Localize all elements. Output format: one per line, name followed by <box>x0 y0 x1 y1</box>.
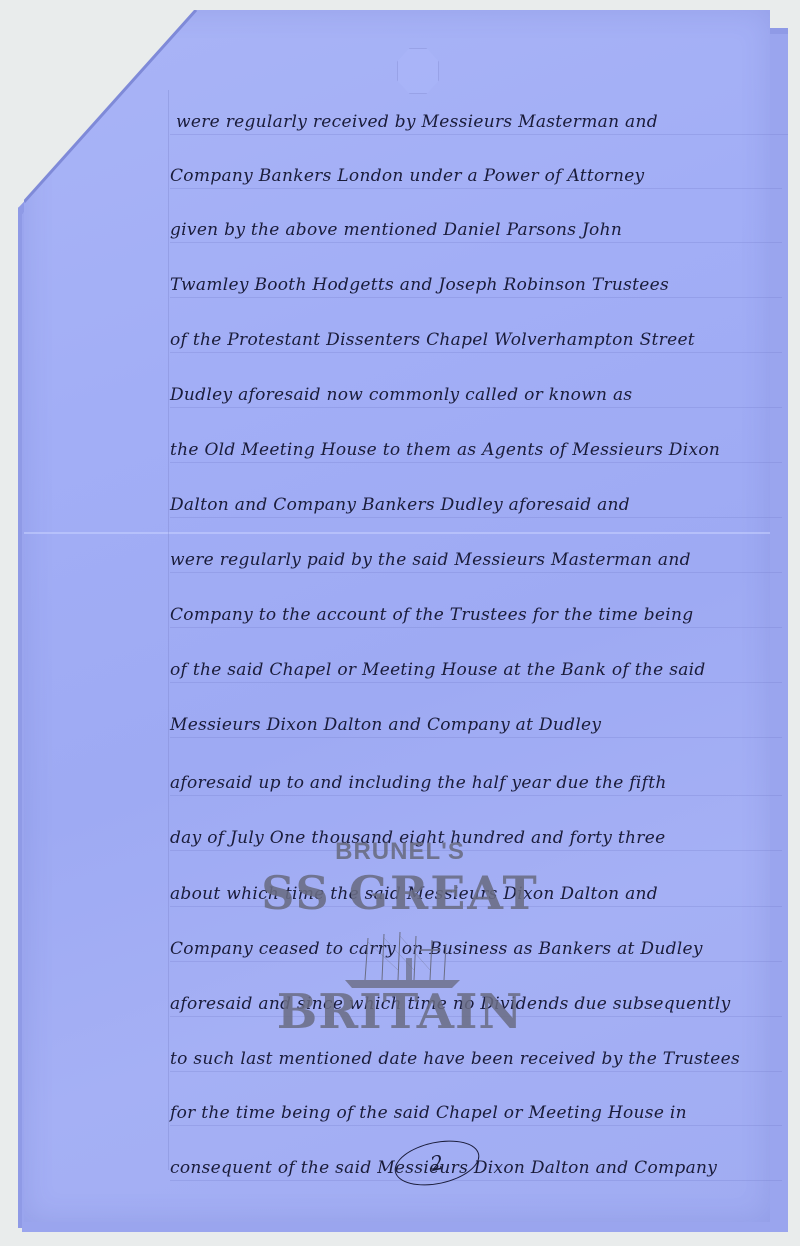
text-line: of the Protestant Dissenters Chapel Wolv… <box>170 330 782 353</box>
text-line: the Old Meeting House to them as Agents … <box>170 440 782 463</box>
text-line: Dudley aforesaid now commonly called or … <box>170 385 782 408</box>
text-line: Twamley Booth Hodgetts and Joseph Robins… <box>170 275 782 298</box>
text-line: were regularly paid by the said Messieur… <box>170 550 782 573</box>
text-line: Messieurs Dixon Dalton and Company at Du… <box>170 715 782 738</box>
text-line: Dalton and Company Bankers Dudley afores… <box>170 495 782 518</box>
text-line: to such last mentioned date have been re… <box>170 1049 782 1072</box>
text-line: aforesaid and since which time no Divide… <box>170 994 782 1017</box>
text-line: aforesaid up to and including the half y… <box>170 773 782 796</box>
text-line: were regularly received by Messieurs Mas… <box>170 112 788 135</box>
text-line: for the time being of the said Chapel or… <box>170 1103 782 1126</box>
text-line: about which time the said Messieurs Dixo… <box>170 884 782 907</box>
text-line: Company to the account of the Trustees f… <box>170 605 782 628</box>
text-line: Company ceased to carry on Business as B… <box>170 939 782 962</box>
margin-rule <box>168 90 169 1170</box>
text-line: of the said Chapel or Meeting House at t… <box>170 660 782 683</box>
text-line: Company Bankers London under a Power of … <box>170 166 782 189</box>
text-line: day of July One thousand eight hundred a… <box>170 828 782 851</box>
text-line: given by the above mentioned Daniel Pars… <box>170 220 782 243</box>
